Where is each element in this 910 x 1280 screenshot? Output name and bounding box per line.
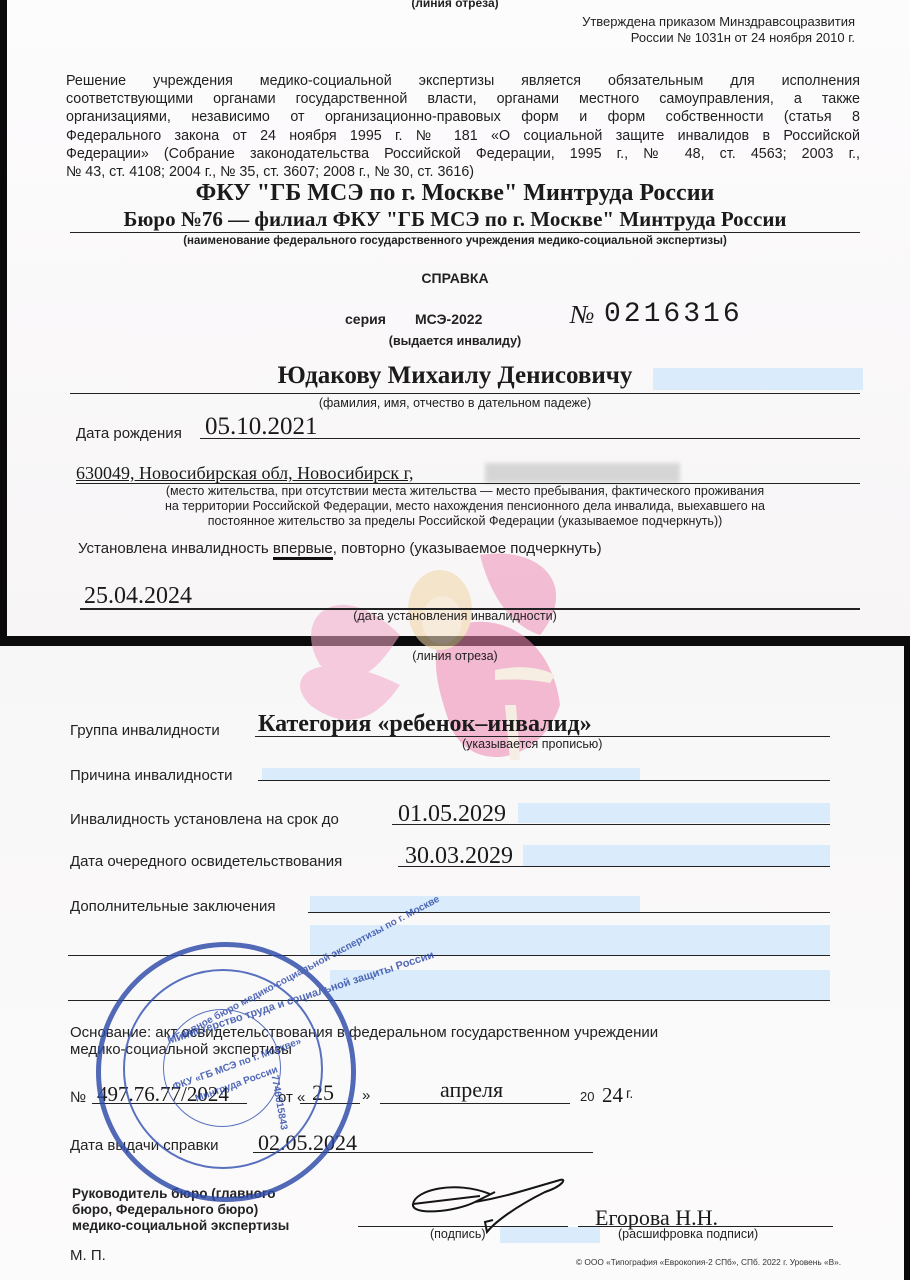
term-label: Инвалидность установлена на срок до: [70, 811, 339, 828]
scan-border-right: [904, 646, 910, 1280]
institution-underline: [70, 232, 860, 233]
seal-place-label: М. П.: [70, 1247, 106, 1264]
option-first-time: впервые: [273, 540, 333, 560]
legal-line: Федерального закона от 24 ноября 1995 г.…: [66, 127, 860, 145]
next-exam-underline: [398, 866, 830, 867]
address-caption-line: на территории Российской Федерации, мест…: [60, 499, 870, 514]
official-stamp: Главное бюро медико-социальной экспертиз…: [96, 942, 356, 1202]
redaction-box: [500, 1227, 600, 1243]
disability-established-line: Установлена инвалидность впервые, повтор…: [78, 540, 602, 557]
signature-name-caption: (расшифровка подписи): [618, 1227, 758, 1241]
signature-caption: (подпись): [430, 1227, 486, 1241]
institution-caption: (наименование федерального государственн…: [0, 235, 910, 247]
institution-name: ФКУ "ГБ МСЭ по г. Москве" Минтруда Росси…: [0, 180, 910, 207]
address-caption-line: постоянное жительство за пределы Российс…: [60, 514, 870, 529]
group-value: Категория «ребенок–инвалид»: [258, 711, 592, 738]
act-year-prefix: 20: [580, 1089, 594, 1104]
legal-line: № 43, ст. 4108; 2004 г., № 35, ст. 3607;…: [66, 163, 860, 181]
additional-label: Дополнительные заключения: [70, 898, 275, 915]
bureau-name: Бюро №76 — филиал ФКУ "ГБ МСЭ по г. Моск…: [0, 207, 910, 232]
approval-note: Утверждена приказом Минздравсоцразвития …: [582, 14, 855, 46]
cut-line-label: (линия отреза): [0, 649, 910, 663]
legal-line: соответствующими органами государственно…: [66, 90, 860, 108]
act-quote-close: »: [362, 1087, 370, 1104]
act-month-value: апреля: [440, 1077, 503, 1103]
term-underline: [392, 824, 830, 825]
number-sign: №: [570, 300, 595, 330]
printer-credit: © ООО «Типография «Еврокопия-2 СПб», СПб…: [576, 1257, 841, 1267]
disability-date-value: 25.04.2024: [84, 583, 192, 610]
disability-date-caption: (дата установления инвалидности): [0, 609, 910, 623]
act-year-g: г.: [626, 1085, 633, 1101]
legal-line: Решение учреждения медико-социальной экс…: [66, 72, 860, 90]
cause-label: Причина инвалидности: [70, 767, 233, 784]
head-label-line: бюро, Федерального бюро): [72, 1202, 289, 1218]
name-caption: (фамилия, имя, отчество в дательном паде…: [0, 396, 910, 410]
certificate-number: 0216316: [604, 299, 743, 330]
approval-line-1: Утверждена приказом Минздравсоцразвития: [582, 14, 855, 30]
address-caption-line: (место жительства, при отсутствии места …: [60, 484, 870, 499]
group-caption: (указывается прописью): [462, 737, 602, 751]
legal-line: Федерации» (Собрание законодательства Ро…: [66, 145, 860, 163]
birth-date-label: Дата рождения: [76, 425, 182, 442]
option-repeated: , повторно (указываемое подчеркнуть): [333, 540, 602, 557]
name-underline: [70, 393, 860, 394]
head-label-line: медико-социальной экспертизы: [72, 1218, 289, 1234]
act-number-label: №: [70, 1089, 86, 1106]
birth-date-underline: [200, 438, 860, 439]
angel-watermark-icon: [280, 545, 600, 790]
approval-line-2: России № 1031н от 24 ноября 2010 г.: [582, 30, 855, 46]
additional-underline-1: [308, 912, 830, 913]
legal-line: организациями, независимо от организацио…: [66, 108, 860, 126]
recipient-name: Юдакову Михаилу Денисовичу: [0, 362, 910, 390]
series-value: МСЭ-2022: [415, 311, 482, 327]
birth-date-value: 05.10.2021: [205, 413, 318, 441]
next-exam-label: Дата очередного освидетельствования: [70, 853, 342, 870]
address-blur: [485, 463, 680, 483]
act-month-underline: [380, 1103, 570, 1104]
redaction-box: [330, 970, 830, 1000]
address-caption: (место жительства, при отсутствии места …: [60, 484, 870, 528]
established-prefix: Установлена инвалидность: [78, 540, 269, 557]
signature-scribble-icon: [395, 1172, 570, 1234]
scan-border-left: [0, 0, 7, 636]
cause-underline: [258, 780, 830, 781]
redaction-box: [518, 803, 830, 823]
group-label: Группа инвалидности: [70, 722, 220, 739]
series-label: серия: [345, 311, 386, 327]
redaction-box: [310, 896, 640, 912]
legal-paragraph: Решение учреждения медико-социальной экс…: [66, 72, 860, 181]
redaction-box: [523, 845, 830, 867]
act-year-value: 24: [602, 1083, 623, 1108]
cut-line-label-top: (линия отреза): [0, 0, 910, 10]
issued-to-caption: (выдается инвалиду): [0, 334, 910, 348]
address-value: 630049, Новосибирская обл, Новосибирск г…: [76, 463, 413, 484]
document-title: СПРАВКА: [0, 270, 910, 286]
